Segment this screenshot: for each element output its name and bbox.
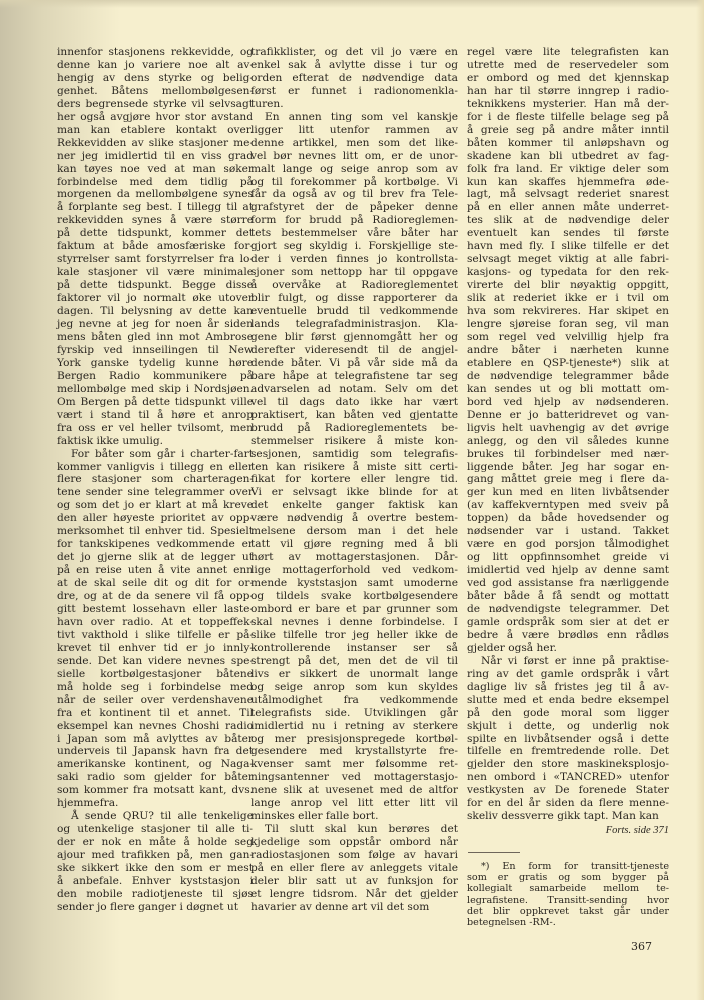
text-line: man kan etablere kontakt over. [57,124,253,137]
text-line: gjort seg skyldig i. Forskjellige ste- [251,240,458,253]
text-line: grafstyret der de påpeker denne [251,201,458,214]
text-line: krevet til enhver tid er jo innly- [57,642,253,655]
text-line: og litt oppfinnsomhet greide vi [467,551,669,564]
text-line: kan sendes ut og bli mottatt om- [467,383,669,396]
text-line: ligvis helt uavhengig av det øvrige [467,422,669,435]
text-line: lengre sjøreise foran seg, vil man [467,318,669,331]
text-line: hva som rekvireres. Har skipet en [467,305,669,318]
text-line: og seige anrop som kun skyldes [251,681,458,694]
text-line: fra oss er vel heller tvilsomt, men [57,422,253,435]
text-line: malt lange og seige anrop som av [251,163,458,176]
text-line: at de skal seile dit og dit for or- [57,577,253,590]
text-line: der i verden finnes jo kontrollsta- [251,253,458,266]
text-line: på en eller annen måte underret- [467,201,669,214]
text-line: sende. Det kan videre nevnes spe- [57,655,253,668]
page-number: 367 [631,940,652,953]
text-line: og til forekommer på kortbølge. Vi [251,176,458,189]
text-line: mende kyststasjon samt umoderne [251,577,458,590]
text-line: eventuelt kan sendes til første [467,227,669,240]
text-line: et lengre tidsrom. Når det gjelder [251,888,458,901]
text-line: imidlertid nu i retning av sterkere [251,720,458,733]
text-line: Denne er jo batteridrevet og van- [467,409,669,422]
text-line: som kommer fra motsatt kant, dvs. [57,784,253,797]
text-column-2: trafikklister, og det vil jo være enenke… [251,46,458,914]
text-line: Om Bergen på dette tidspunkt ville [57,396,253,409]
text-line: lige mottagerforhold ved vedkom- [251,564,458,577]
text-line: som regel ved velvillig hjelp fra [467,331,669,344]
text-line: havarier av denne art vil det som [251,901,458,914]
text-line: gene blir først gjennomgått her og [251,331,458,344]
text-line: havn med fly. I slike tilfelle er det [467,240,669,253]
text-line: kasjons- og typedata for den rek- [467,266,669,279]
text-line: innenfor stasjonens rekkevidde, og [57,46,253,59]
text-line: trafikklister, og det vil jo være en [251,46,458,59]
text-line: den aller høyeste prioritet av opp- [57,512,253,525]
text-line: og utenkelige stasjoner til alle ti- [57,823,253,836]
text-line: kun kan skaffes hjemmefra øde- [467,176,669,189]
text-line: blir fulgt, og disse rapporterer da [251,292,458,305]
text-line: merksomhet til enhver tid. Spesielt [57,525,253,538]
text-line: ske sikkert ikke den som er mest [57,862,253,875]
text-line: daglige liv så fristes jeg til å av- [467,681,669,694]
text-line: ved god assistanse fra nærliggende [467,577,669,590]
text-line: slik at rederiet ikke er i tvil om [467,292,669,305]
text-line: hengig av dens styrke og belig- [57,72,253,85]
text-line: han har til større inngrep i radio- [467,85,669,98]
paragraph: En annen ting som vel kanskjeligger litt… [251,111,458,823]
text-line: i Japan som må avlyttes av båter [57,733,253,746]
text-line: genhet. Båtens mellombølgesen- [57,85,253,98]
text-line: mens båten gled inn mot Ambrose [57,331,253,344]
text-line: radiostasjonen som følge av havari [251,849,458,862]
footnote-line: betegnelsen -RM-. [467,917,669,928]
text-line: folk fra land. Er viktige deler som [467,163,669,176]
text-line: etablere en QSP-tjeneste*) slik at [467,357,669,370]
text-line: jeg nevne at jeg for noen år siden [57,318,253,331]
text-line: Til slutt skal kun berøres det [251,823,458,836]
text-line: advarselen ad notam. Selv om det [251,383,458,396]
text-line: gesendere med krystallstyrte fre- [251,745,458,758]
text-line: den mobile radiotjeneste til sjøs [57,888,253,901]
text-line: vel til dags dato ikke har vært [251,396,458,409]
text-line: skal nevnes i denne forbindelse. I [251,616,458,629]
text-line: virerte del blir nøyaktig oppgitt, [467,279,669,292]
text-line: Bergen Radio kommunikere på [57,370,253,383]
text-line: livs er sikkert de unormalt lange [251,668,458,681]
text-line: tes slik at de nødvendige deler [467,214,669,227]
text-line: skeliv dessverre gikk tapt. Man kan [467,810,669,823]
text-line: teknikkens mysterier. Han må der- [467,98,669,111]
text-line: andre båter i nærheten kunne [467,344,669,357]
text-line: York ganske tydelig kunne høre [57,357,253,370]
text-line: eksempel kan nevnes Choshi radio [57,720,253,733]
text-line: morgenen da mellombølgene synes [57,188,253,201]
text-line: strengt på det, men det de vil til [251,655,458,668]
text-line: bedre å være brødløs enn rådløs [467,629,669,642]
text-line: ningsantenner ved mottagerstasjo- [251,771,458,784]
text-line: vel bør nevnes litt om, er de unor- [251,150,458,163]
text-line: anlegg, og den vil således kunne [467,435,669,448]
text-line: sesjonen, samtidig som telegrafis- [251,448,458,461]
text-line: faktorer vil jo normalt øke utover [57,292,253,305]
text-line: være en god porsjon tålmodighet [467,538,669,551]
text-line: ner jeg imidlertid til en viss grad [57,150,253,163]
text-line: orden efterat de nødvendige data [251,72,458,85]
text-line: det jo gjerne slik at de legger ut [57,551,253,564]
page-right-edge [696,0,704,1000]
text-line: tilfelle en fremtredende rolle. Det [467,745,669,758]
text-line: tets bestemmelser våre båter har [251,227,458,240]
text-line: Rekkevidden av slike stasjoner me- [57,137,253,150]
text-line: å overvåke at Radioreglementet [251,279,458,292]
text-line: kontrollerende instanser ser så [251,642,458,655]
text-line: ligger litt utenfor rammen av [251,124,458,137]
text-line: på dette tidspunkt, kommer det [57,227,253,240]
text-line: kvenser samt mer følsomme ret- [251,758,458,771]
text-line: lagt, må selvsagt rederiet snarest [467,188,669,201]
text-line: denne artikkel, men som det like- [251,137,458,150]
text-line: hjemmefra. [57,797,253,810]
text-line: gjelder den store maskineksplosjo- [467,758,669,771]
text-line: på den gode moral som ligger [467,707,669,720]
text-line: de nødvendige telegrammer både [467,370,669,383]
text-line: gamle ordspråk som sier at det er [467,616,669,629]
text-line: toppen) da både hovedsender og [467,512,669,525]
text-line: ten kan risikere å miste sitt certi- [251,461,458,474]
footnote-line: det blir oppkrevet takst går under [467,906,669,917]
text-line: tivt vakthold i slike tilfelle er på- [57,629,253,642]
text-line: å anbefale. Enhver kyststasjon i [57,875,253,888]
text-line: ajour med trafikken på, men gan- [57,849,253,862]
text-line: liggende båter. Jeg har sogar en- [467,461,669,474]
text-line: melsene dersom man i det hele [251,525,458,538]
text-line: kan tøyes noe ved at man søker [57,163,253,176]
text-line: først er funnet i radionomenkla- [251,85,458,98]
text-line: dende båter. Vi på vår side må da [251,357,458,370]
footnote-rule [468,852,520,853]
text-line: ring av det gamle ordspråk i vårt [467,668,669,681]
text-line: fikat for kortere eller lengre tid. [251,473,458,486]
text-line: gang måttet greie meg i flere da- [467,473,669,486]
text-line: båter både å få sendt og mottatt [467,590,669,603]
paragraph: innenfor stasjonens rekkevidde, ogdenne … [57,46,253,448]
footnote-line: som er gratis og som bygger på [467,872,669,883]
continuation-note: Forts. side 371 [467,825,669,838]
text-line: ger kun med en liten livbåtsender [467,486,669,499]
paragraph: Når vi først er inne på praktise-ring av… [467,655,669,823]
text-line: nen ombord i «TANCRED» utenfor [467,771,669,784]
page-top-edge [0,0,704,8]
paragraph: trafikklister, og det vil jo være enenke… [251,46,458,111]
text-line: bord ved hjelp av nødsenderen. [467,396,669,409]
text-line: de nødvendigste telegrammer. Det [467,603,669,616]
text-line: regel være lite telegrafisten kan [467,46,669,59]
text-line: Å sende QRU? til alle tenkelige [57,810,253,823]
text-line: er ombord og med det kjennskap [467,72,669,85]
text-line: brukes til forbindelser med nær- [467,448,669,461]
text-line: Vi er selvsagt ikke blinde for at [251,486,458,499]
text-line: enkel sak å avlytte disse i tur og [251,59,458,72]
text-line: brudd på Radioreglementets be- [251,422,458,435]
text-line: praktisert, kan båten ved gjentatte [251,409,458,422]
text-line: nødsender var i ustand. Takket [467,525,669,538]
footnote-line: *) En form for transitt-tjeneste [467,861,669,872]
text-line: utålmodighet fra vedkommende [251,694,458,707]
text-line: mellombølge med skip i Nordsjøen. [57,383,253,396]
paragraph: Til slutt skal kun berøres detkjedelige … [251,823,458,914]
text-line: slutte med et enda bedre eksempel [467,694,669,707]
text-line: på en eller flere av anleggets vitale [251,862,458,875]
text-line: havn over radio. At et toppeffek- [57,616,253,629]
text-line: kale stasjoner vil være minimale [57,266,253,279]
text-line: det enkelte ganger faktisk kan [251,499,458,512]
text-line: for tankskipenes vedkommende er [57,538,253,551]
text-line: og mer presisjonspregede kortbøl- [251,733,458,746]
text-line: form for brudd på Radioreglemen- [251,214,458,227]
text-line: der er nok en måte å holde seg [57,836,253,849]
footnote-line: legrafistene. Transitt-sending hvor [467,895,669,906]
text-line: deler blir satt ut av funksjon for [251,875,458,888]
text-line: denne kan jo variere noe alt av- [57,59,253,72]
text-line: eventuelle brudd til vedkommende [251,305,458,318]
text-line: lands telegrafadministrasjon. Kla- [251,318,458,331]
text-line: sielle kortbølgestasjoner båtene [57,668,253,681]
text-line: turen. [251,98,458,111]
text-line: Når vi først er inne på praktise- [467,655,669,668]
text-line: utrette med de reservedeler som [467,59,669,72]
text-line: derefter videresendt til de angjel- [251,344,458,357]
text-line: styrrelser samt forstyrrelser fra lo- [57,253,253,266]
text-line: flere stasjoner som charteragen- [57,473,253,486]
text-line: tatt vil gjøre regning med å bli [251,538,458,551]
text-line: kommer vanligvis i tillegg en eller [57,461,253,474]
text-line: underveis til Japansk havn fra det [57,745,253,758]
text-line: bare håpe at telegrafistene tar seg [251,370,458,383]
text-line: forbindelse med dem tidlig på [57,176,253,189]
text-line: fra et kontinent til et annet. Til [57,707,253,720]
text-line: sender jo flere ganger i døgnet ut [57,901,253,914]
text-line: ombord er bare et par grunner som [251,603,458,616]
text-line: og som det jo er klart at må kreve [57,499,253,512]
text-line: når de seiler over verdenshavene [57,694,253,707]
text-line: telegrafists side. Utviklingen går [251,707,458,720]
text-line: amerikanske kontinent, og Naga- [57,758,253,771]
text-line: gitt bestemt lossehavn eller laste- [57,603,253,616]
text-line: å forplante seg best. I tillegg til at [57,201,253,214]
text-column-1: innenfor stasjonens rekkevidde, ogdenne … [57,46,253,914]
text-line: ders begrensede styrke vil selvsagt [57,98,253,111]
text-line: saki radio som gjelder for båter [57,771,253,784]
text-line: En annen ting som vel kanskje [251,111,458,124]
text-line: å greie seg på andre måter inntil [467,124,669,137]
text-line: selvsagt meget viktig at alle fabri- [467,253,669,266]
text-line: dagen. Til belysning av dette kan [57,305,253,318]
text-line: må holde seg i forbindelse med [57,681,253,694]
text-line: for en del år siden da flere menne- [467,797,669,810]
text-line: spilte en livbåtsender også i dette [467,733,669,746]
text-line: skjult i dette, og underlig nok [467,720,669,733]
text-line: for i de fleste tilfelle belage seg på [467,111,669,124]
text-line: og tildels svake kortbølgesendere [251,590,458,603]
text-line: minskes eller falle bort. [251,810,458,823]
text-line: fyrskip ved innseilingen til New [57,344,253,357]
paragraph: For båter som går i charter-fartkommer v… [57,448,253,811]
text-line: her også avgjøre hvor stor avstand [57,111,253,124]
text-line: gjelder også her. [467,642,669,655]
text-line: (av kaffekverntypen med sveiv på [467,499,669,512]
text-line: imidlertid ved hjelp av denne samt [467,564,669,577]
text-line: hørt av mottagerstasjonen. Dår- [251,551,458,564]
text-line: faktum at både amosfæriske for- [57,240,253,253]
text-line: tene sender sine telegrammer over [57,486,253,499]
text-line: kjedelige som oppstår ombord når [251,836,458,849]
text-line: dre, og at de da senere vil få opp- [57,590,253,603]
paragraph: regel være lite telegrafisten kanutrette… [467,46,669,655]
footnote: *) En form for transitt-tjenestesom er g… [467,861,669,928]
text-line: skadene kan bli utbedret av fag- [467,150,669,163]
text-column-3: regel være lite telegrafisten kanutrette… [467,46,669,838]
text-line: lange anrop vel litt etter litt vil [251,797,458,810]
paragraph: Å sende QRU? til alle tenkeligeog utenke… [57,810,253,914]
text-line: på en reise uten å vite annet enn [57,564,253,577]
text-line: nene slik at uvesenet med de altfor [251,784,458,797]
text-line: får da også av og til brev fra Tele- [251,188,458,201]
text-line: faktisk ikke umulig. [57,435,253,448]
text-line: slike tilfelle tror jeg heller ikke de [251,629,458,642]
text-line: vestkysten av De forenede Stater [467,784,669,797]
text-line: stemmelser risikere å miste kon- [251,435,458,448]
text-line: være nødvendig å overtre bestem- [251,512,458,525]
footnote-line: kollegialt samarbeide mellom te- [467,883,669,894]
text-line: sjoner som nettopp har til oppgave [251,266,458,279]
text-line: For båter som går i charter-fart [57,448,253,461]
text-line: båten kommer til anløpshavn og [467,137,669,150]
text-line: på dette tidspunkt. Begge disse [57,279,253,292]
text-line: rekkevidden synes å være større [57,214,253,227]
text-line: vært i stand til å høre et anrop [57,409,253,422]
